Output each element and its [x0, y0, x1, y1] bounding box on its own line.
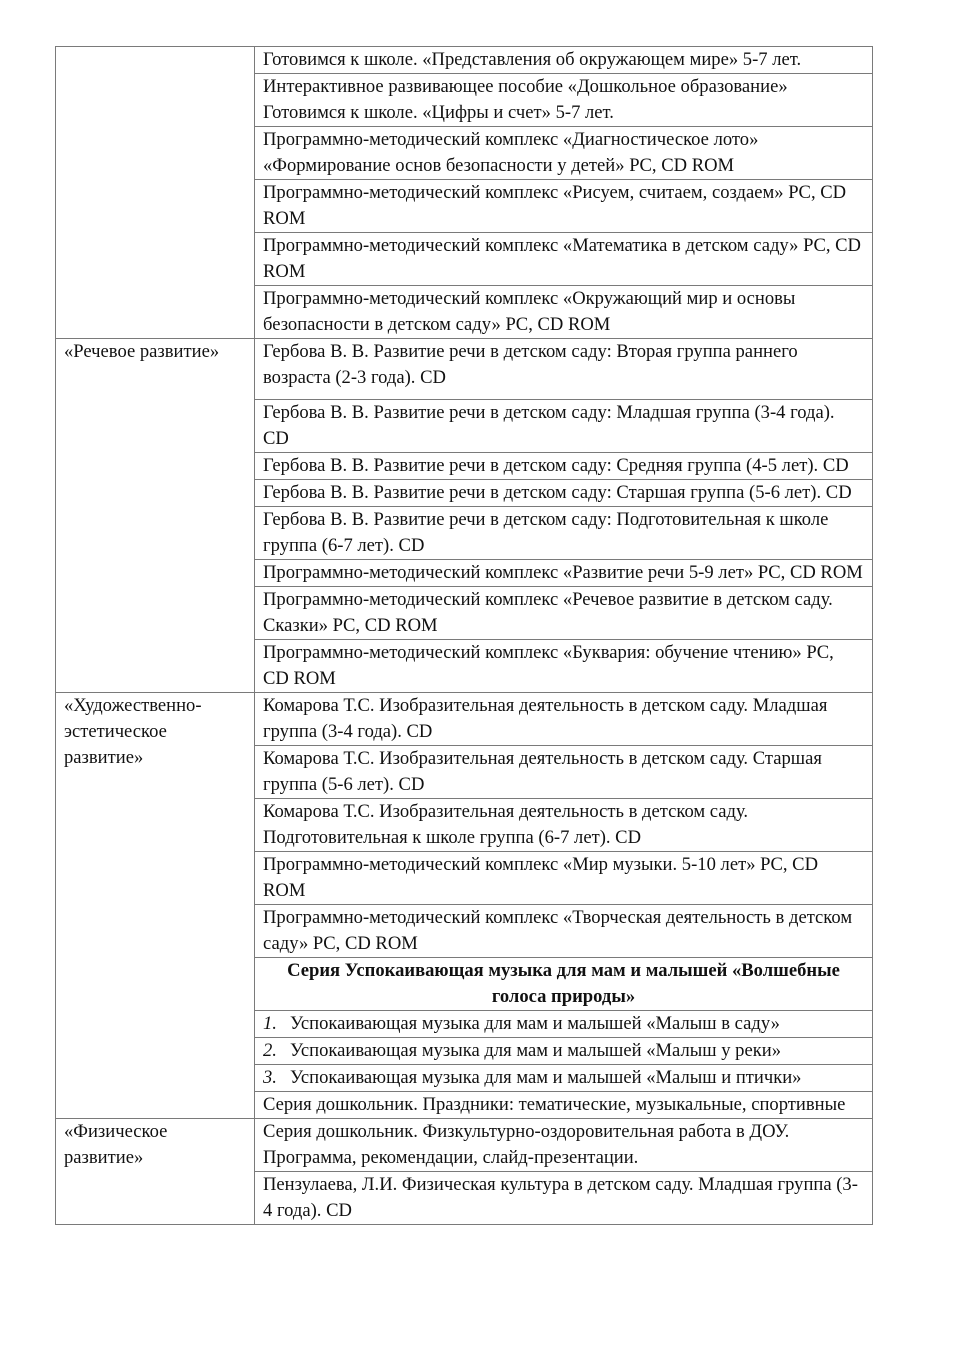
item-cell: Гербова В. В. Развитие речи в детском са…: [255, 480, 873, 507]
item-text: Успокаивающая музыка для мам и малышей «…: [290, 1013, 780, 1034]
item-cell: Программно-методический комплекс «Окружа…: [255, 286, 873, 339]
item-cell: Готовимся к школе. «Представления об окр…: [255, 47, 873, 74]
item-cell: Программно-методический комплекс «Диагно…: [255, 127, 873, 180]
numbered-item-cell: 1.Успокаивающая музыка для мам и малышей…: [255, 1011, 873, 1038]
item-cell: Пензулаева, Л.И. Физическая культура в д…: [255, 1172, 873, 1225]
table-row: «Художественно-эстетическое развитие» Ко…: [56, 693, 873, 746]
item-cell: Программно-методический комплекс «Речево…: [255, 587, 873, 640]
item-cell: Комарова Т.С. Изобразительная деятельнос…: [255, 693, 873, 746]
category-cell-speech: «Речевое развитие»: [56, 339, 255, 693]
item-cell: Программно-методический комплекс «Творче…: [255, 905, 873, 958]
table-row: «Физическое развитие» Серия дошкольник. …: [56, 1119, 873, 1172]
item-cell: Комарова Т.С. Изобразительная деятельнос…: [255, 799, 873, 852]
item-cell: Интерактивное развивающее пособие «Дошко…: [255, 74, 873, 127]
category-cell-art: «Художественно-эстетическое развитие»: [56, 693, 255, 1119]
table-row: Готовимся к школе. «Представления об окр…: [56, 47, 873, 74]
numbered-item-cell: 3.Успокаивающая музыка для мам и малышей…: [255, 1065, 873, 1092]
item-cell: Гербова В. В. Развитие речи в детском са…: [255, 400, 873, 453]
item-text: Успокаивающая музыка для мам и малышей «…: [290, 1040, 781, 1061]
item-cell: Гербова В. В. Развитие речи в детском са…: [255, 339, 873, 400]
item-cell: Программно-методический комплекс «Буквар…: [255, 640, 873, 693]
item-number: 1.: [263, 1011, 290, 1037]
item-cell: Гербова В. В. Развитие речи в детском са…: [255, 507, 873, 560]
item-cell: Программно-методический комплекс «Матема…: [255, 233, 873, 286]
item-number: 2.: [263, 1038, 290, 1064]
item-text: Успокаивающая музыка для мам и малышей «…: [290, 1067, 801, 1088]
item-cell: Комарова Т.С. Изобразительная деятельнос…: [255, 746, 873, 799]
series-heading-cell: Серия Успокаивающая музыка для мам и мал…: [255, 958, 873, 1011]
item-cell: Программно-методический комплекс «Рисуем…: [255, 180, 873, 233]
item-cell: Серия дошкольник. Праздники: тематически…: [255, 1092, 873, 1119]
numbered-item-cell: 2.Успокаивающая музыка для мам и малышей…: [255, 1038, 873, 1065]
item-cell: Гербова В. В. Развитие речи в детском са…: [255, 453, 873, 480]
category-cell: [56, 47, 255, 339]
resources-table: Готовимся к школе. «Представления об окр…: [55, 46, 873, 1225]
item-cell: Серия дошкольник. Физкультурно-оздоровит…: [255, 1119, 873, 1172]
item-cell: Программно-методический комплекс «Развит…: [255, 560, 873, 587]
item-number: 3.: [263, 1065, 290, 1091]
item-cell: Программно-методический комплекс «Мир му…: [255, 852, 873, 905]
table-row: «Речевое развитие» Гербова В. В. Развити…: [56, 339, 873, 400]
category-cell-physical: «Физическое развитие»: [56, 1119, 255, 1225]
